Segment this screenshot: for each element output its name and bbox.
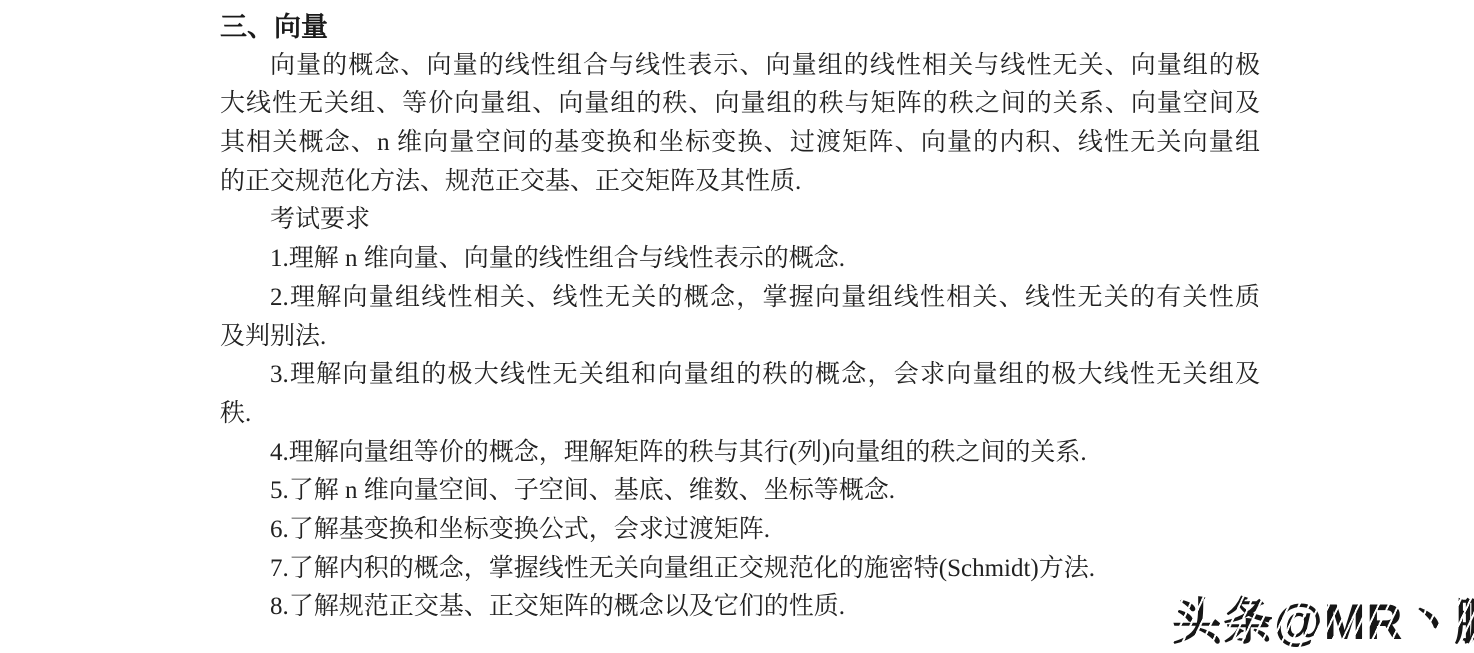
requirement-item-5: 5.了解 n 维向量空间、子空间、基底、维数、坐标等概念. — [220, 472, 1260, 511]
syllabus-paragraph-line-4: 的正交规范化方法、规范正交基、正交矩阵及其性质. — [220, 163, 1260, 202]
requirement-item-3: 3.理解向量组的极大线性无关组和向量组的秩的概念，会求向量组的极大线性无关组及 — [220, 356, 1260, 395]
requirement-item-7: 7.了解内积的概念，掌握线性无关向量组正交规范化的施密特(Schmidt)方法. — [220, 550, 1260, 589]
requirement-item-2: 2.理解向量组线性相关、线性无关的概念，掌握向量组线性相关、线性无关的有关性质 — [220, 279, 1260, 318]
syllabus-paragraph-line-3: 其相关概念、n 维向量空间的基变换和坐标变换、过渡矩阵、向量的内积、线性无关向量… — [220, 124, 1260, 163]
requirement-item-1: 1.理解 n 维向量、向量的线性组合与线性表示的概念. — [220, 240, 1260, 279]
requirement-item-2-continuation: 及判别法. — [220, 318, 1260, 357]
document-page: 三、向量 向量的概念、向量的线性组合与线性表示、向量组的线性相关与线性无关、向量… — [220, 8, 1260, 627]
exam-requirements-heading: 考试要求 — [220, 201, 1260, 240]
requirement-item-8: 8.了解规范正交基、正交矩阵的概念以及它们的性质. — [220, 588, 1260, 627]
requirement-item-3-continuation: 秩. — [220, 395, 1260, 434]
syllabus-paragraph-line-2: 大线性无关组、等价向量组、向量组的秩、向量组的秩与矩阵的秩之间的关系、向量空间及 — [220, 85, 1260, 124]
requirement-item-4: 4.理解向量组等价的概念，理解矩阵的秩与其行(列)向量组的秩之间的关系. — [220, 434, 1260, 473]
section-title: 三、向量 — [220, 8, 1260, 47]
requirement-item-6: 6.了解基变换和坐标变换公式，会求过渡矩阵. — [220, 511, 1260, 550]
toutiao-watermark: 头条@MR丶鹏 — [1172, 582, 1474, 653]
syllabus-paragraph-line-1: 向量的概念、向量的线性组合与线性表示、向量组的线性相关与线性无关、向量组的极 — [220, 47, 1260, 86]
